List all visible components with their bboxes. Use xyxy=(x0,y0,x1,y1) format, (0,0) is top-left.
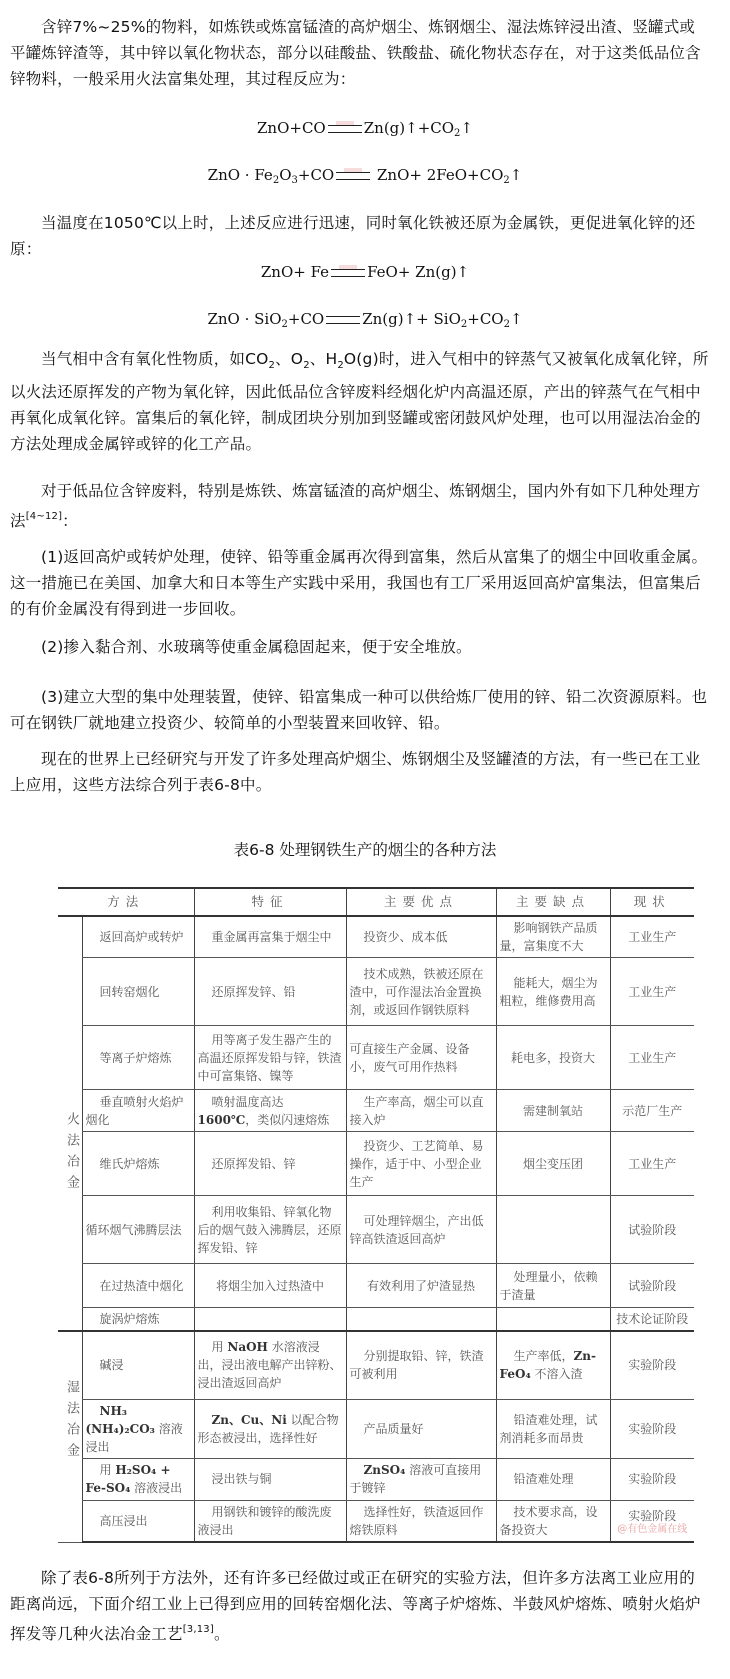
cell-method: 等离子炉熔炼 xyxy=(82,1026,194,1090)
text: 用 xyxy=(100,1463,116,1477)
header-cons: 主要缺点 xyxy=(496,888,610,916)
cell-pros: 投资少、工艺简单、易操作，适于中、小型企业生产 xyxy=(346,1132,496,1196)
paragraph-conclusion: 除了表6-8所列于方法外，还有许多已经做过或正在研究的实验方法，但许多方法离工业… xyxy=(10,1565,710,1647)
cell-pros: 可处理锌烟尘，产出低锌高铁渣返回高炉 xyxy=(346,1196,496,1264)
cell-feature: 重金属再富集于烟尘中 xyxy=(194,916,346,958)
table-row: 旋涡炉熔炼 技术论证阶段 xyxy=(58,1308,694,1332)
text: 用 xyxy=(212,1340,228,1354)
cell-cons: 生产率低，Zn-FeO₄ 不溶入渣 xyxy=(496,1331,610,1399)
eq3-left: ZnO+ Fe xyxy=(261,263,329,281)
table-row: 用 H₂SO₄ + Fe-SO₄ 溶液浸出 浸出铁与铜 ZnSO₄ 溶液可直接用… xyxy=(58,1458,694,1500)
cell-cons: 能耗大，烟尘为粗粒，维修费用高 xyxy=(496,958,610,1026)
paragraph-method-2: (2)掺入黏合剂、水玻璃等使重金属稳固起来，便于安全堆放。 xyxy=(10,634,710,660)
text: 生产率低， xyxy=(514,1349,574,1363)
cell-cons: 烟尘变压团 xyxy=(496,1132,610,1196)
cell-status: 实验阶段 xyxy=(610,1458,694,1500)
table-row: 回转窑烟化 还原挥发锌、铅 技术成熟，铁被还原在渣中，可作湿法冶金置换剂，或返回… xyxy=(58,958,694,1026)
cell-status: 工业生产 xyxy=(610,1026,694,1090)
paragraph-method-1: (1)返回高炉或转炉处理，使锌、铅等重金属再次得到富集，然后从富集了的烟尘中回收… xyxy=(10,544,710,622)
group-pyrometallurgy: 火法冶金 xyxy=(58,916,82,1331)
equilibrium-arrow-icon xyxy=(328,125,362,133)
cell-status: 工业生产 xyxy=(610,916,694,958)
cell-status: 试验阶段 xyxy=(610,1264,694,1308)
chemical-formula: NH₃ (NH₄)₂CO₃ xyxy=(86,1404,155,1436)
cell-pros: 技术成熟，铁被还原在渣中，可作湿法冶金置换剂，或返回作钢铁原料 xyxy=(346,958,496,1026)
cell-pros xyxy=(346,1308,496,1332)
table-row: NH₃ (NH₄)₂CO₃ 溶液浸出 Zn、Cu、Ni 以配合物形态被浸出，选择… xyxy=(58,1399,694,1458)
group-hydrometallurgy: 湿法冶金 xyxy=(58,1331,82,1542)
text: 喷射温度高达 xyxy=(212,1095,284,1109)
header-pros: 主要优点 xyxy=(346,888,496,916)
temperature-value: 1600℃ xyxy=(198,1113,246,1127)
paragraph-table-intro: 现在的世界上已经研究与开发了许多处理高炉烟尘、炼钢烟尘及竖罐渣的方法，有一些已在… xyxy=(10,746,710,798)
cell-pros: 分别提取铅、锌，铁渣可被利用 xyxy=(346,1331,496,1399)
cell-feature: 还原挥发铅、锌 xyxy=(194,1132,346,1196)
cell-status: 工业生产 xyxy=(610,958,694,1026)
cell-cons: 需建制氧站 xyxy=(496,1090,610,1132)
cell-method: 返回高炉或转炉 xyxy=(82,916,194,958)
eq1-left: ZnO+CO xyxy=(257,119,326,137)
header-method: 方法 xyxy=(58,888,194,916)
cell-feature: 利用收集铅、锌氧化物后的烟气鼓入沸腾层，还原挥发铅、锌 xyxy=(194,1196,346,1264)
cell-status: 实验阶段 xyxy=(610,1331,694,1399)
cell-method: 循环烟气沸腾层法 xyxy=(82,1196,194,1264)
chemical-formula: Zn、Cu、Ni xyxy=(212,1413,287,1427)
cell-cons xyxy=(496,1308,610,1332)
cell-cons: 铅渣难处理，试剂消耗多而昂贵 xyxy=(496,1399,610,1458)
paragraph-oxidation: 当气相中含有氧化性物质，如CO2、O2、H2O(g)时，进入气相中的锌蒸气又被氧… xyxy=(10,346,710,457)
cell-cons: 处理量小，依赖于渣量 xyxy=(496,1264,610,1308)
table-row: 高压浸出 用钢铁和镀锌的酸洗废液浸出 选择性好，铁渣返回作熔铁原料 技术要求高，… xyxy=(58,1500,694,1542)
equation-1: ZnO+COZn(g)↑+CO2↑ xyxy=(0,118,730,144)
cell-method: 旋涡炉熔炼 xyxy=(82,1308,194,1332)
cell-method: 回转窑烟化 xyxy=(82,958,194,1026)
cell-method: 在过热渣中烟化 xyxy=(82,1264,194,1308)
cell-feature: 还原挥发锌、铅 xyxy=(194,958,346,1026)
status-text: 实验阶段 xyxy=(628,1509,676,1523)
header-status: 现状 xyxy=(610,888,694,916)
header-feature: 特征 xyxy=(194,888,346,916)
cell-status: 工业生产 xyxy=(610,1132,694,1196)
cell-status: 实验阶段 xyxy=(610,1399,694,1458)
cell-cons: 技术要求高，设备投资大 xyxy=(496,1500,610,1542)
eq4-left-a: ZnO · SiO xyxy=(207,310,281,328)
eq1-right: Zn(g)↑+CO xyxy=(364,119,454,137)
table-row: 在过热渣中烟化 将烟尘加入过热渣中 有效利用了炉渣显热 处理量小，依赖于渣量 试… xyxy=(58,1264,694,1308)
cell-pros: 有效利用了炉渣显热 xyxy=(346,1264,496,1308)
methods-table: 方法 特征 主要优点 主要缺点 现状 火法冶金 返回高炉或转炉 重金属再富集于烟… xyxy=(58,887,694,1543)
cell-feature: 喷射温度高达 1600℃，类似闪速熔炼 xyxy=(194,1090,346,1132)
text: ，类似闪速熔炼 xyxy=(245,1113,329,1127)
cell-feature: 用等离子发生器产生的高温还原挥发铅与锌，铁渣中可富集铬、镍等 xyxy=(194,1026,346,1090)
cell-status: 试验阶段 xyxy=(610,1196,694,1264)
eq1-arrow: ↑ xyxy=(460,119,473,137)
cell-status: 示范厂生产 xyxy=(610,1090,694,1132)
eq4-right-b: +CO xyxy=(467,310,503,328)
table-row: 湿法冶金 碱浸 用 NaOH 水溶液浸出，浸出液电解产出锌粉、浸出渣返回高炉 分… xyxy=(58,1331,694,1399)
cell-pros: 投资少、成本低 xyxy=(346,916,496,958)
table-row: 循环烟气沸腾层法 利用收集铅、锌氧化物后的烟气鼓入沸腾层，还原挥发铅、锌 可处理… xyxy=(58,1196,694,1264)
paragraph-methods-intro: 对于低品位含锌废料，特别是炼铁、炼富锰渣的高炉烟尘、炼钢烟尘，国内外有如下几种处… xyxy=(10,478,710,534)
cell-cons: 影响钢铁产品质量，富集度不大 xyxy=(496,916,610,958)
p9-end: 。 xyxy=(214,1625,230,1643)
equals-sign-icon xyxy=(336,172,370,180)
citation-ref: [3,13] xyxy=(183,1624,214,1635)
eq2-left-b: O xyxy=(279,166,291,184)
eq3-right: FeO+ Zn(g)↑ xyxy=(367,263,469,281)
paragraph-intro: 含锌7%~25%的物料，如炼铁或炼富锰渣的高炉烟尘、炼钢烟尘、湿法炼锌浸出渣、竖… xyxy=(10,14,710,92)
group-label: 火法冶金 xyxy=(58,1112,84,1196)
p3-text-b: 、O xyxy=(275,350,303,368)
table-row: 垂直喷射火焰炉烟化 喷射温度高达 1600℃，类似闪速熔炼 生产率高，烟尘可以直… xyxy=(58,1090,694,1132)
cell-method: 垂直喷射火焰炉烟化 xyxy=(82,1090,194,1132)
chemical-formula: NaOH xyxy=(227,1340,268,1354)
cell-feature xyxy=(194,1308,346,1332)
cell-feature: 浸出铁与铜 xyxy=(194,1458,346,1500)
citation-ref: [4~12] xyxy=(26,511,62,522)
cell-pros: 产品质量好 xyxy=(346,1399,496,1458)
p3-text-c: 、H xyxy=(310,350,338,368)
cell-pros: 选择性好，铁渣返回作熔铁原料 xyxy=(346,1500,496,1542)
cell-method: 维氏炉熔炼 xyxy=(82,1132,194,1196)
cell-cons: 耗电多，投资大 xyxy=(496,1026,610,1090)
cell-pros: 生产率高，烟尘可以直接入炉 xyxy=(346,1090,496,1132)
cell-method: NH₃ (NH₄)₂CO₃ 溶液浸出 xyxy=(82,1399,194,1458)
watermark-text: @有色金属在线 xyxy=(614,1525,692,1535)
cell-method: 用 H₂SO₄ + Fe-SO₄ 溶液浸出 xyxy=(82,1458,194,1500)
equals-sign-icon xyxy=(326,316,360,324)
cell-feature: 将烟尘加入过热渣中 xyxy=(194,1264,346,1308)
paragraph-temperature: 当温度在1050℃以上时，上述反应进行迅速，同时氧化铁被还原为金属铁，更促进氧化… xyxy=(10,210,710,262)
table-row: 等离子炉熔炼 用等离子发生器产生的高温还原挥发铅与锌，铁渣中可富集铬、镍等 可直… xyxy=(58,1026,694,1090)
cell-pros: 可直接生产金属、设备小，废气可用作热料 xyxy=(346,1026,496,1090)
eq2-left-a: ZnO · Fe xyxy=(208,166,273,184)
text: 不溶入渣 xyxy=(531,1367,583,1381)
p3-text-a: 当气相中含有氧化性物质，如CO xyxy=(41,350,269,368)
eq2-left-c: +CO xyxy=(298,166,334,184)
table-row: 火法冶金 返回高炉或转炉 重金属再富集于烟尘中 投资少、成本低 影响钢铁产品质量… xyxy=(58,916,694,958)
eq2-arrow: ↑ xyxy=(510,166,523,184)
equation-2: ZnO · Fe2O3+CO ZnO+ 2FeO+CO2↑ xyxy=(0,165,730,191)
cell-feature: 用 NaOH 水溶液浸出，浸出液电解产出锌粉、浸出渣返回高炉 xyxy=(194,1331,346,1399)
cell-method: 高压浸出 xyxy=(82,1500,194,1542)
cell-cons xyxy=(496,1196,610,1264)
equation-4: ZnO · SiO2+COZn(g)↑+ SiO2+CO2↑ xyxy=(0,309,730,335)
paragraph-method-3: (3)建立大型的集中处理装置，使锌、铅富集成一种可以供给炼厂使用的锌、铅二次资源… xyxy=(10,684,710,736)
eq4-left-b: +CO xyxy=(288,310,324,328)
cell-method: 碱浸 xyxy=(82,1331,194,1399)
p9-text: 除了表6-8所列于方法外，还有许多已经做过或正在研究的实验方法，但许多方法离工业… xyxy=(10,1569,701,1643)
table-title: 表6-8 处理钢铁生产的烟尘的各种方法 xyxy=(0,838,730,860)
cell-status: 实验阶段@有色金属在线 xyxy=(610,1500,694,1542)
cell-status: 技术论证阶段 xyxy=(610,1308,694,1332)
cell-pros: ZnSO₄ 溶液可直接用于镀锌 xyxy=(346,1458,496,1500)
equals-sign-icon xyxy=(331,269,365,277)
cell-feature: Zn、Cu、Ni 以配合物形态被浸出，选择性好 xyxy=(194,1399,346,1458)
equation-3: ZnO+ FeFeO+ Zn(g)↑ xyxy=(0,262,730,282)
eq4-right-a: Zn(g)↑+ SiO xyxy=(362,310,461,328)
table-header-row: 方法 特征 主要优点 主要缺点 现状 xyxy=(58,888,694,916)
p4-end: ： xyxy=(62,512,78,530)
text: 溶液浸出 xyxy=(130,1481,182,1495)
cell-feature: 用钢铁和镀锌的酸洗废液浸出 xyxy=(194,1500,346,1542)
p4-text: 对于低品位含锌废料，特别是炼铁、炼富锰渣的高炉烟尘、炼钢烟尘，国内外有如下几种处… xyxy=(10,482,700,530)
table-row: 维氏炉熔炼 还原挥发铅、锌 投资少、工艺简单、易操作，适于中、小型企业生产 烟尘… xyxy=(58,1132,694,1196)
eq4-arrow: ↑ xyxy=(510,310,523,328)
chemical-formula: ZnSO₄ xyxy=(364,1463,406,1477)
eq2-right: ZnO+ 2FeO+CO xyxy=(377,166,503,184)
cell-cons: 铅渣难处理 xyxy=(496,1458,610,1500)
group-label: 湿法冶金 xyxy=(58,1380,84,1464)
